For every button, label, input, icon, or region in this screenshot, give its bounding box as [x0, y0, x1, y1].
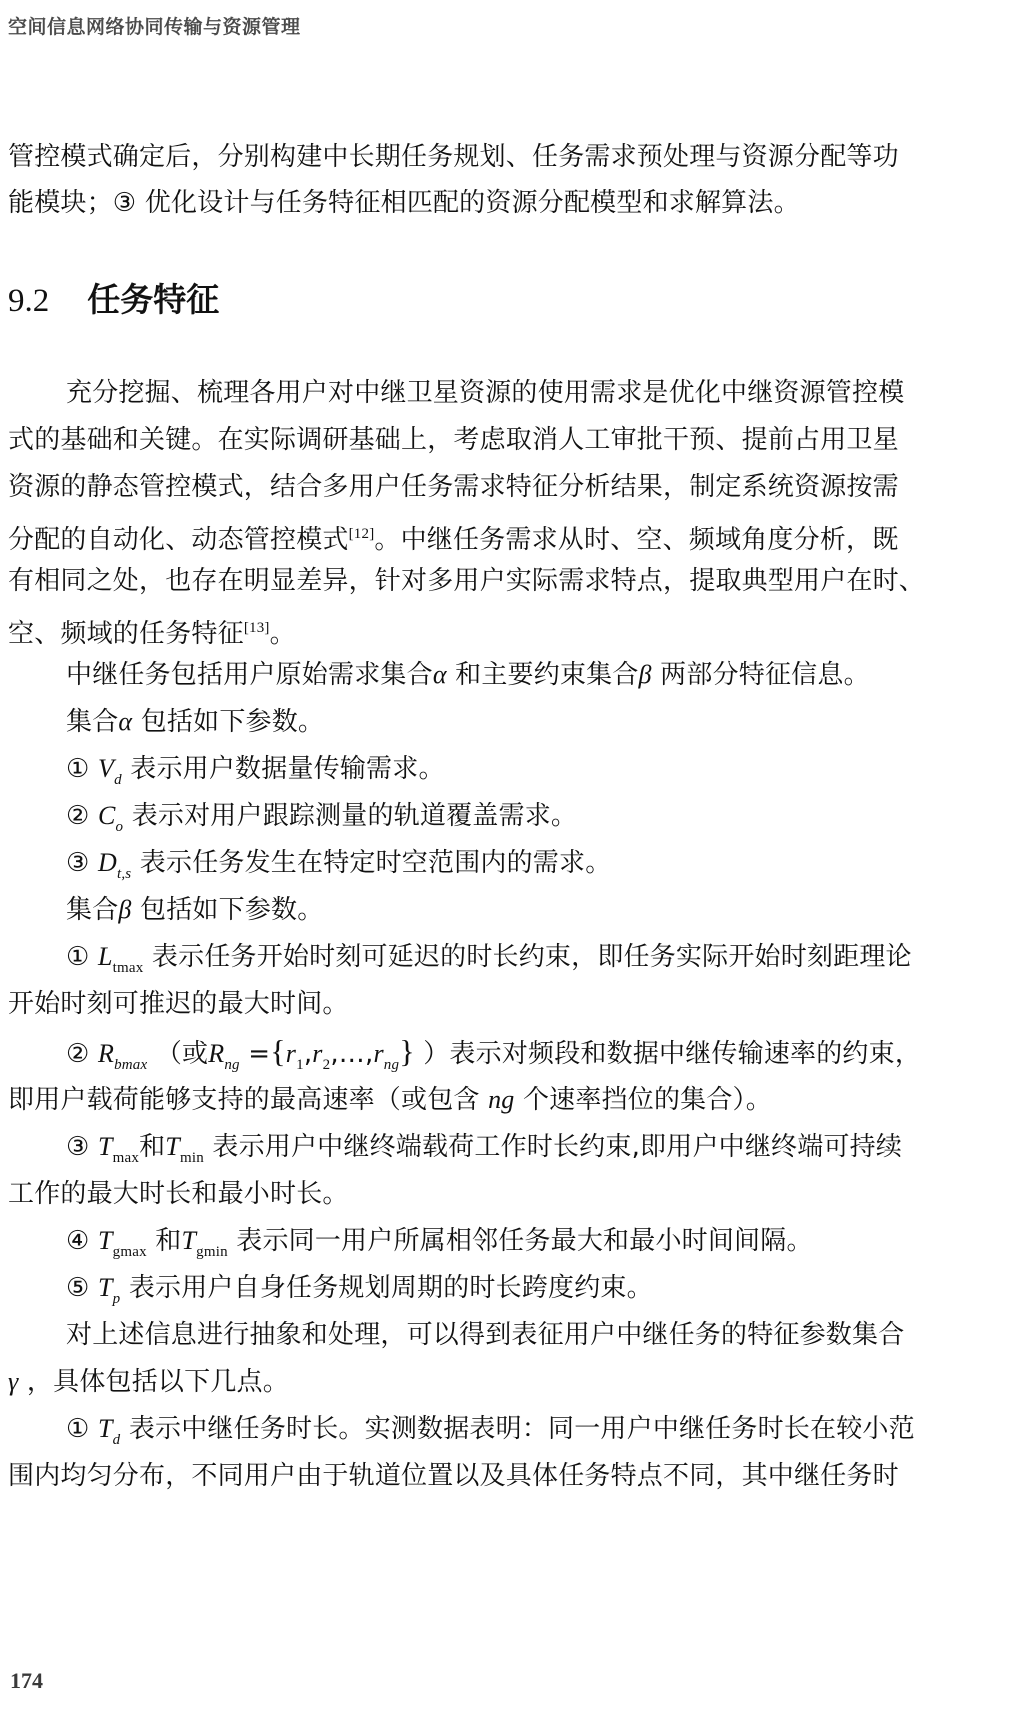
text: 空、频域的任务特征	[8, 619, 244, 649]
beta-item-2: ② Rbmax （或Rng ={r1,r2,…,rng} ）表示对频段和数据中继…	[66, 1034, 1017, 1082]
subscript: d	[114, 772, 122, 788]
text: （或	[156, 1039, 208, 1069]
subscript: d	[113, 1432, 121, 1448]
text: 表示用户中继终端载荷工作时长约束,即用户中继终端可持续	[212, 1132, 902, 1162]
symbol: T	[165, 1132, 180, 1161]
text: 中继任务包括用户原始需求集合	[66, 660, 433, 690]
beta-item-2-cont: 即用户载荷能够支持的最高速率（或包含 ng 个速率挡位的集合）。	[8, 1083, 1017, 1117]
text: 和	[155, 1226, 181, 1256]
beta-item-4: ④ Tgmax 和Tgmin 表示同一用户所属相邻任务最大和最小时间间隔。	[66, 1224, 1017, 1269]
para3-line-1: 对上述信息进行抽象和处理，可以得到表征用户中继任务的特征参数集合	[66, 1318, 1017, 1352]
text: 包括如下参数。	[141, 707, 324, 737]
marker: ②	[66, 801, 90, 831]
text: 个速率挡位的集合）。	[523, 1085, 772, 1115]
left-brace: {	[270, 1033, 286, 1069]
text: 和主要约束集合	[455, 660, 638, 690]
subscript: ng	[384, 1057, 399, 1073]
text: 表示用户自身任务规划周期的时长跨度约束。	[129, 1273, 653, 1303]
text: 分配的自动化、动态管控模式	[8, 525, 349, 555]
subscript: bmax	[114, 1057, 147, 1073]
marker: ①	[66, 754, 90, 784]
running-head: 空间信息网络协同传输与资源管理	[8, 12, 301, 39]
text: 包括如下参数。	[140, 895, 323, 925]
text: 两部分特征信息。	[660, 660, 870, 690]
symbol: ng	[488, 1085, 514, 1114]
subscript: gmax	[113, 1244, 147, 1260]
gamma-item-1-cont: 围内均匀分布，不同用户由于轨道位置以及具体任务特点不同，其中继任务时	[8, 1459, 1017, 1493]
citation-12[interactable]: [12]	[349, 526, 375, 542]
symbol: T	[181, 1226, 196, 1255]
beta-item-5: ⑤ Tp 表示用户自身任务规划周期的时长跨度约束。	[66, 1271, 1017, 1316]
beta-item-1-cont: 开始时刻可推迟的最大时间。	[8, 987, 1017, 1021]
marker: ②	[66, 1039, 90, 1069]
marker: ③	[66, 848, 90, 878]
text: 集合	[66, 895, 118, 925]
text: ）表示对频段和数据中继传输速率的约束，	[423, 1039, 921, 1069]
comma: ,	[304, 1039, 312, 1069]
alpha-symbol: α	[118, 707, 132, 736]
text: ，具体包括以下几点。	[27, 1367, 289, 1397]
section-heading: 9.2任务特征	[8, 280, 219, 321]
gamma-item-1: ① Td 表示中继任务时长。实测数据表明：同一用户中继任务时长在较小范	[66, 1412, 1017, 1457]
symbol: r	[286, 1039, 296, 1068]
symbol: L	[98, 942, 113, 971]
equals: =	[248, 1039, 270, 1069]
text: 表示任务开始时刻可延迟的时长约束，即任务实际开始时刻距理论	[152, 942, 912, 972]
text: 集合	[66, 707, 118, 737]
gamma-symbol: γ	[8, 1367, 18, 1396]
ellipsis: …	[339, 1039, 365, 1069]
subscript: t,s	[117, 866, 131, 882]
text: 表示任务发生在特定时空范围内的需求。	[140, 848, 612, 878]
text: 即用户载荷能够支持的最高速率（或包含	[8, 1085, 480, 1115]
subscript: p	[113, 1291, 121, 1307]
comma: ,	[330, 1039, 338, 1069]
subscript: gmin	[196, 1244, 228, 1260]
marker: ①	[66, 1414, 90, 1444]
section-title: 任务特征	[87, 280, 219, 319]
symbol: T	[98, 1226, 113, 1255]
section-number: 9.2	[8, 283, 49, 319]
text: 表示中继任务时长。实测数据表明：同一用户中继任务时长在较小范	[129, 1414, 915, 1444]
text: 表示用户数据量传输需求。	[130, 754, 444, 784]
intro-line-2: 能模块；③ 优化设计与任务特征相匹配的资源分配模型和求解算法。	[8, 186, 1017, 220]
para1-line-1: 充分挖掘、梳理各用户对中继卫星资源的使用需求是优化中继资源管控模	[66, 376, 1017, 410]
marker: ③	[66, 1132, 90, 1162]
subscript: o	[116, 819, 124, 835]
page-number: 174	[10, 1668, 43, 1694]
subscript: tmax	[113, 960, 144, 976]
symbol: T	[98, 1414, 113, 1443]
symbol: T	[98, 1132, 113, 1161]
marker: ⑤	[66, 1273, 90, 1303]
text: 表示同一用户所属相邻任务最大和最小时间间隔。	[236, 1226, 812, 1256]
symbol: C	[98, 801, 116, 830]
marker: ①	[66, 942, 90, 972]
para1-line-4: 分配的自动化、动态管控模式[12]。中继任务需求从时、空、频域角度分析，既	[8, 517, 1017, 557]
para3-line-2: γ ，具体包括以下几点。	[8, 1365, 1017, 1399]
alpha-symbol: α	[433, 660, 447, 689]
text: 。中继任务需求从时、空、频域角度分析，既	[374, 525, 898, 555]
beta-symbol: β	[639, 660, 652, 689]
para2-line: 中继任务包括用户原始需求集合α 和主要约束集合β 两部分特征信息。	[66, 658, 1017, 692]
subscript: min	[180, 1150, 204, 1166]
beta-item-1: ① Ltmax 表示任务开始时刻可延迟的时长约束，即任务实际开始时刻距理论	[66, 940, 1017, 985]
symbol: R	[98, 1039, 114, 1068]
beta-item-3-cont: 工作的最大时长和最小时长。	[8, 1177, 1017, 1211]
beta-symbol: β	[118, 895, 131, 924]
symbol: R	[208, 1039, 224, 1068]
subscript: ng	[224, 1057, 239, 1073]
alpha-item-1: ① Vd 表示用户数据量传输需求。	[66, 752, 1017, 797]
subscript: 1	[296, 1057, 304, 1073]
alpha-item-2: ② Co 表示对用户跟踪测量的轨道覆盖需求。	[66, 799, 1017, 844]
text: 和	[139, 1132, 165, 1162]
para1-line-3: 资源的静态管控模式，结合多用户任务需求特征分析结果，制定系统资源按需	[8, 470, 1017, 504]
text: 。	[270, 619, 296, 649]
para1-line-2: 式的基础和关键。在实际调研基础上，考虑取消人工审批干预、提前占用卫星	[8, 423, 1017, 457]
symbol: T	[98, 1273, 113, 1302]
symbol: r	[312, 1039, 322, 1068]
symbol: D	[98, 848, 117, 877]
alpha-set-intro: 集合α 包括如下参数。	[66, 705, 1017, 739]
symbol: V	[98, 754, 114, 783]
para1-line-5: 有相同之处，也存在明显差异，针对多用户实际需求特点，提取典型用户在时、	[8, 564, 1017, 598]
intro-line-1: 管控模式确定后，分别构建中长期任务规划、任务需求预处理与资源分配等功	[8, 140, 1017, 174]
marker: ④	[66, 1226, 90, 1256]
text: 表示对用户跟踪测量的轨道覆盖需求。	[132, 801, 577, 831]
citation-13[interactable]: [13]	[244, 620, 270, 636]
subscript: max	[113, 1150, 139, 1166]
right-brace: }	[399, 1033, 415, 1069]
beta-set-intro: 集合β 包括如下参数。	[66, 893, 1017, 927]
beta-item-3: ③ Tmax和Tmin 表示用户中继终端载荷工作时长约束,即用户中继终端可持续	[66, 1130, 1017, 1175]
alpha-item-3: ③ Dt,s 表示任务发生在特定时空范围内的需求。	[66, 846, 1017, 891]
para1-line-6: 空、频域的任务特征[13]。	[8, 611, 1017, 651]
symbol: r	[373, 1039, 383, 1068]
